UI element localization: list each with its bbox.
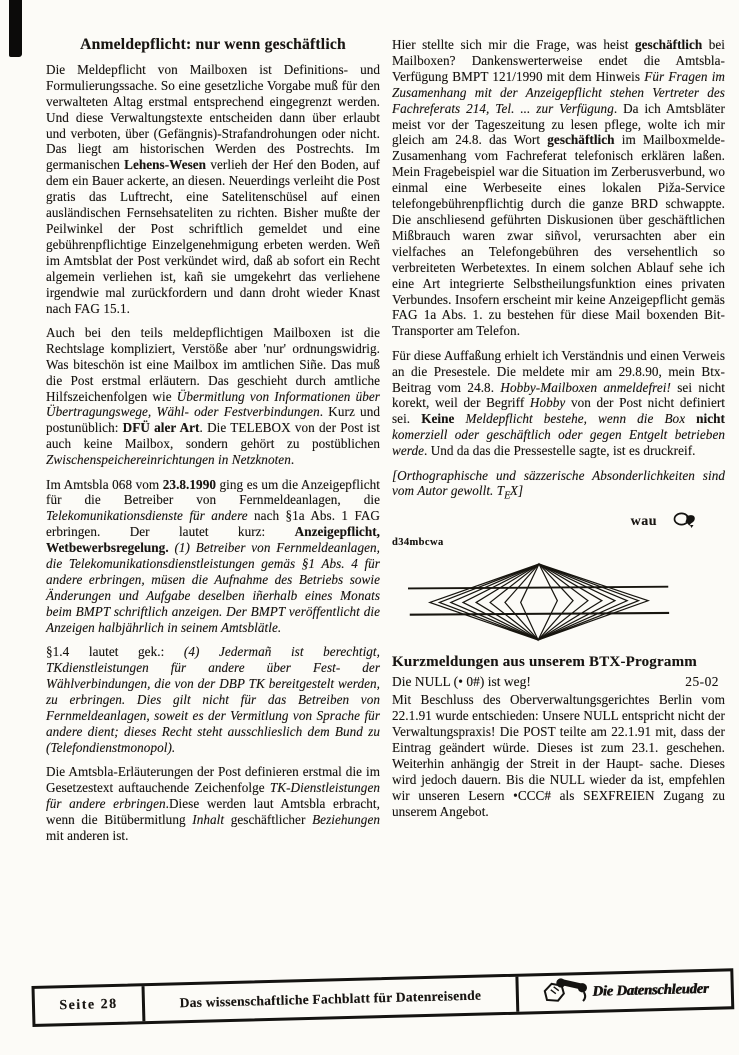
paragraph: Mit Beschluss des Oberverwaltungsgericht… bbox=[392, 692, 725, 819]
scan-artifact-mark bbox=[9, 0, 22, 57]
brand-name: Die Datenschleuder bbox=[592, 981, 708, 1001]
btx-headline: Die NULL (• 0#) ist weg! bbox=[392, 674, 531, 690]
datenschleuder-logo-icon bbox=[541, 976, 590, 1010]
left-column: Anmeldepflicht: nur wenn geschäftlich Di… bbox=[46, 37, 380, 852]
paragraph: Im Amtsbla 068 vom 23.8.1990 ging es um … bbox=[46, 477, 380, 636]
nested-diamonds-figure bbox=[408, 561, 670, 643]
author-signature-row: wau bbox=[392, 511, 725, 533]
paragraph: Für diese Auffaßung erhielt ich Verständ… bbox=[392, 348, 725, 459]
page-number: Seite 28 bbox=[35, 986, 146, 1024]
scanned-magazine-page: Anmeldepflicht: nur wenn geschäftlich Di… bbox=[0, 0, 739, 1055]
right-column: Hier stellte sich mir die Frage, was hei… bbox=[392, 37, 725, 828]
footer-tagline: Das wissenschaftliche Fachblatt für Date… bbox=[145, 977, 520, 1021]
paragraph: §1.4 lautet gek.: (4) Jedermañ ist berec… bbox=[46, 644, 380, 755]
section-heading-btx: Kurzmeldungen aus unserem BTX-Programm bbox=[392, 655, 725, 671]
paragraph: Hier stellte sich mir die Frage, was hei… bbox=[392, 37, 725, 339]
figure-code-label: d34mbcwa bbox=[392, 535, 725, 551]
article-title: Anmeldepflicht: nur wenn geschäftlich bbox=[46, 37, 380, 53]
editorial-note: [Orthographische und säzzerische Absonde… bbox=[392, 468, 725, 505]
btx-headline-row: Die NULL (• 0#) ist weg! 25-02 bbox=[392, 674, 725, 690]
author-signature: wau bbox=[631, 514, 657, 530]
footer-brand: Die Datenschleuder bbox=[518, 971, 731, 1011]
paragraph: Die Meldepflicht von Mailboxen ist Defin… bbox=[46, 62, 380, 317]
paragraph: Die Amtsbla-Erläuterungen der Post defin… bbox=[46, 764, 380, 844]
footer-bar: Seite 28 Das wissenschaftliche Fachblatt… bbox=[31, 968, 734, 1027]
paragraph: Auch bei den teils meldepflichtigen Mail… bbox=[46, 325, 380, 468]
btx-page-code: 25-02 bbox=[685, 674, 725, 690]
hand-with-phone-icon bbox=[673, 511, 699, 533]
